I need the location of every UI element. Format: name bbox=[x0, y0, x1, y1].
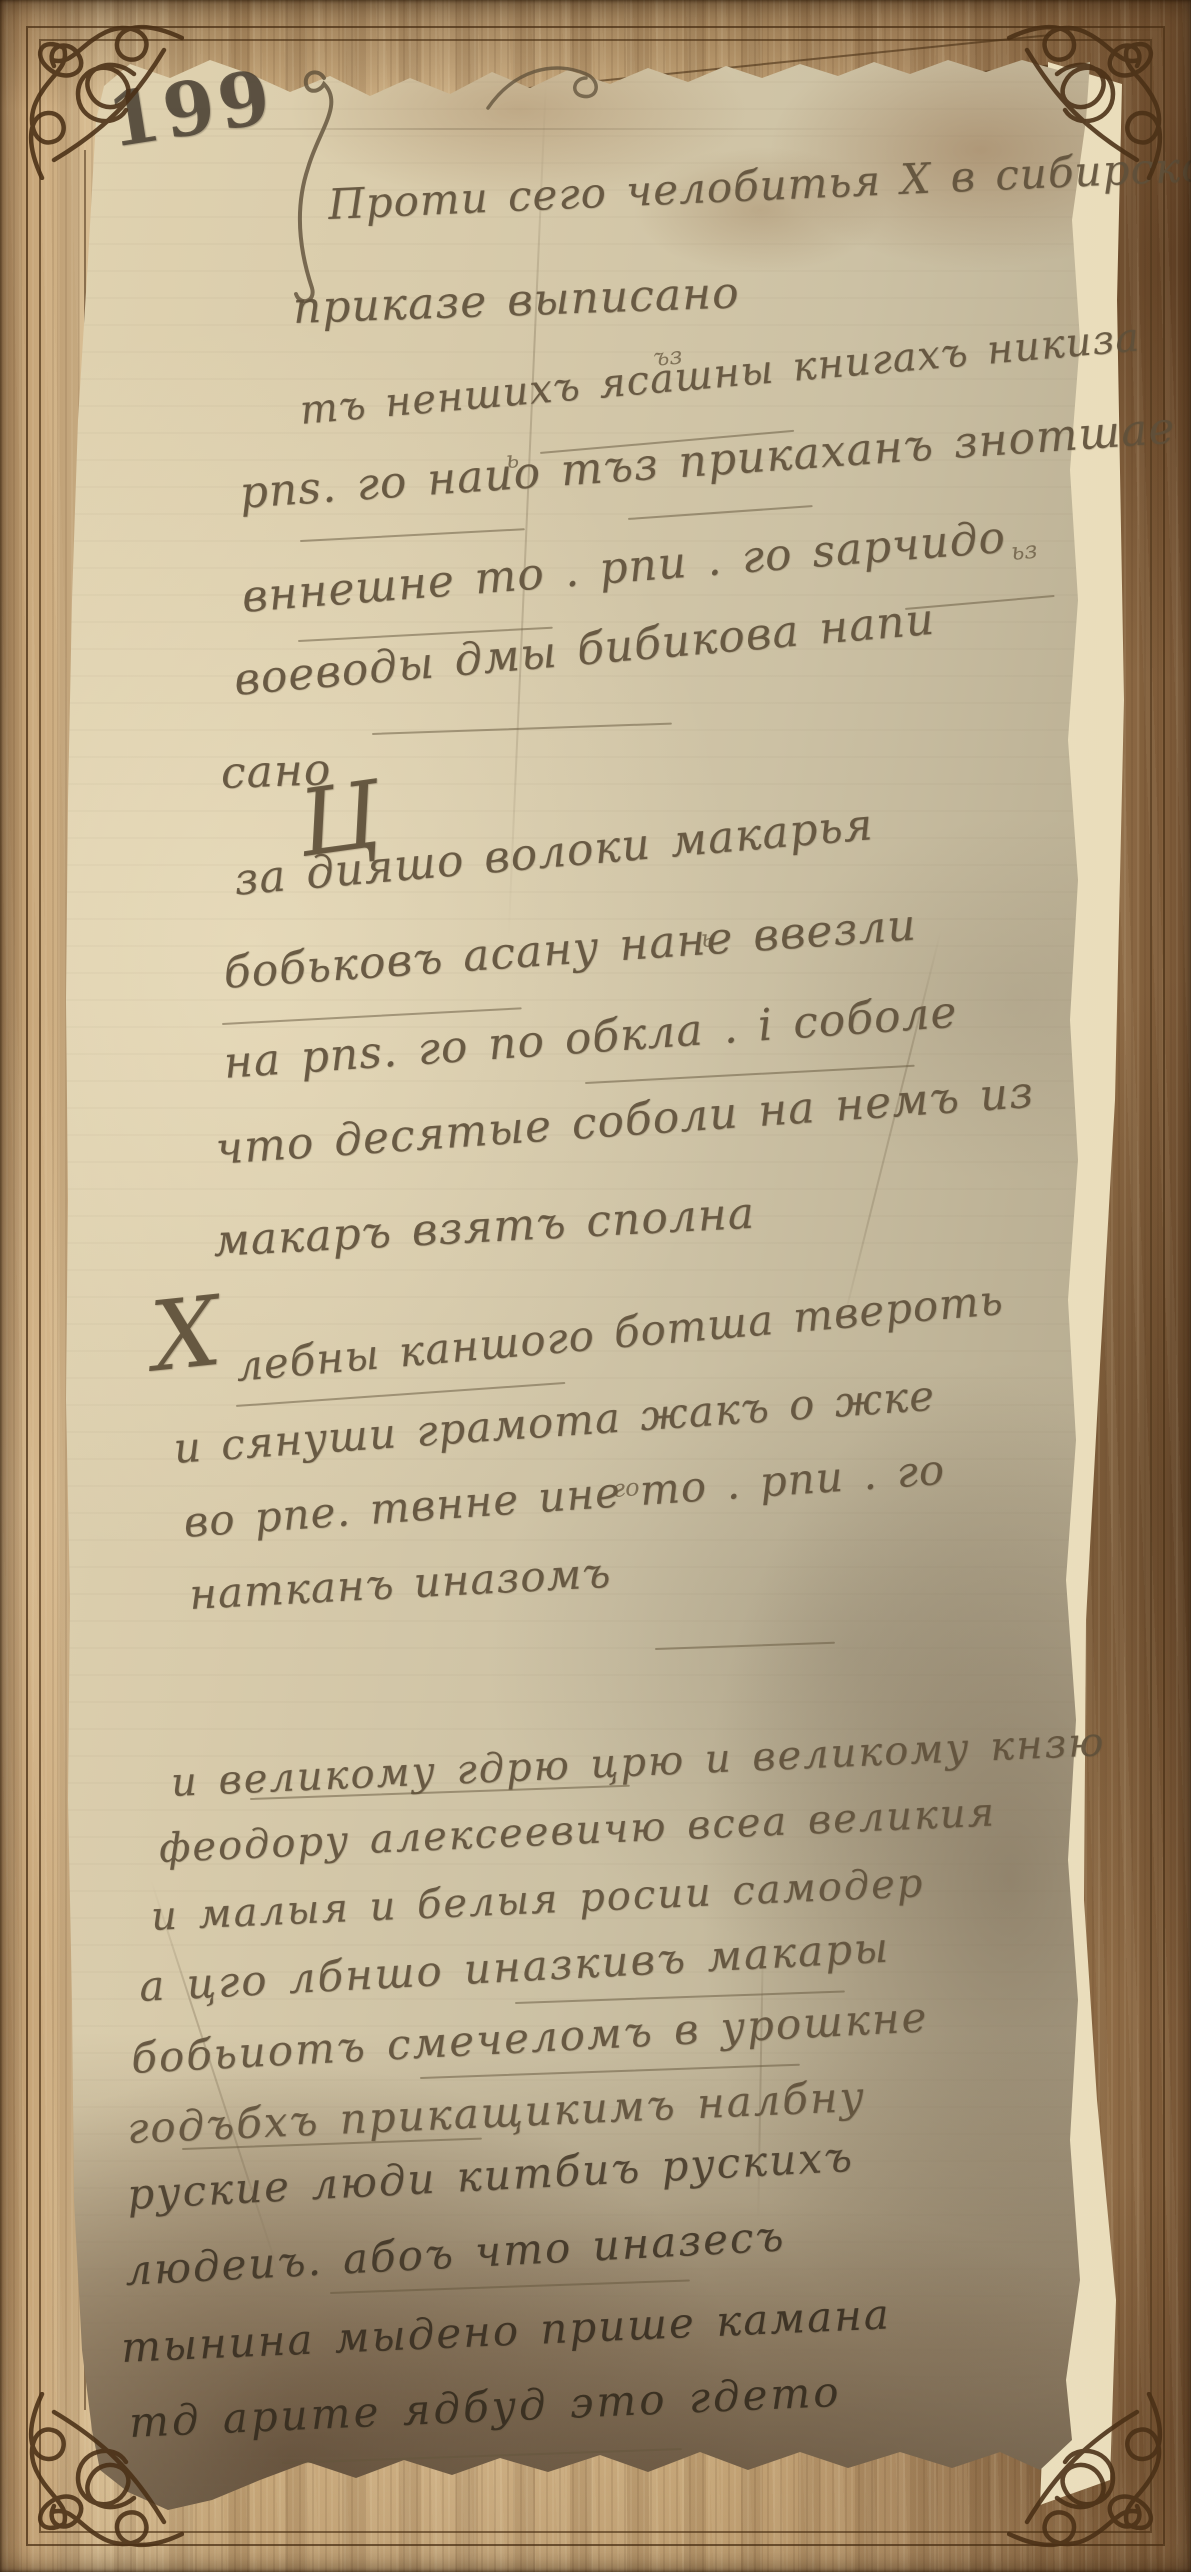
handwritten-line: бобьиотъ смечеломъ в урошкне bbox=[130, 1992, 930, 2083]
corner-flourish-bottom-right-icon bbox=[1007, 2392, 1177, 2562]
handwriting-layer: 199 Проти сего челобитья Х в сибирскомъ … bbox=[0, 0, 1191, 2572]
handwritten-line: тынина мыдено прише камана bbox=[120, 2289, 892, 2372]
titlo-flourish-icon bbox=[480, 52, 620, 122]
corner-flourish-top-right-icon bbox=[1007, 10, 1177, 180]
corner-flourish-top-left-icon bbox=[14, 10, 184, 180]
paper-crease bbox=[150, 1880, 285, 2290]
ink-stroke bbox=[300, 528, 525, 542]
corner-flourish-bottom-left-icon bbox=[14, 2392, 184, 2562]
ink-stroke bbox=[282, 2448, 682, 2464]
handwritten-line: бобьковъ асану нане ввезли bbox=[222, 900, 918, 999]
superscript-mark: ь bbox=[505, 445, 520, 474]
superscript-mark: ъз bbox=[652, 341, 683, 371]
handwritten-line: а цго лбншо иназкивъ макары bbox=[138, 1923, 891, 2011]
handwritten-line: натканъ иназомъ bbox=[188, 1548, 612, 1619]
paper-crease bbox=[140, 128, 900, 130]
ink-stroke bbox=[330, 2279, 690, 2294]
ink-stroke bbox=[655, 1642, 835, 1650]
ink-stroke bbox=[372, 723, 672, 735]
ink-stroke bbox=[628, 505, 813, 520]
handwritten-line: феодору алексеевичю всеа великия bbox=[158, 1789, 997, 1871]
superscript-mark: го bbox=[612, 1473, 640, 1503]
handwritten-line: людеиъ. абоъ что иназесъ bbox=[124, 2211, 787, 2295]
manuscript-photo: 199 Проти сего челобитья Х в сибирскомъ … bbox=[0, 0, 1191, 2572]
handwritten-line: на рпѕ. го по обкла . і соболе bbox=[222, 987, 959, 1089]
handwritten-line: тд арите ядбуд это гдето bbox=[128, 2367, 842, 2447]
superscript-mark: ь bbox=[700, 924, 715, 953]
handwritten-line: макаръ взятъ сполна bbox=[212, 1188, 756, 1267]
handwritten-line: что десятые соболи на немъ из bbox=[214, 1067, 1036, 1175]
superscript-mark: ьз bbox=[1010, 536, 1038, 566]
drop-capital: Х bbox=[146, 1275, 226, 1394]
